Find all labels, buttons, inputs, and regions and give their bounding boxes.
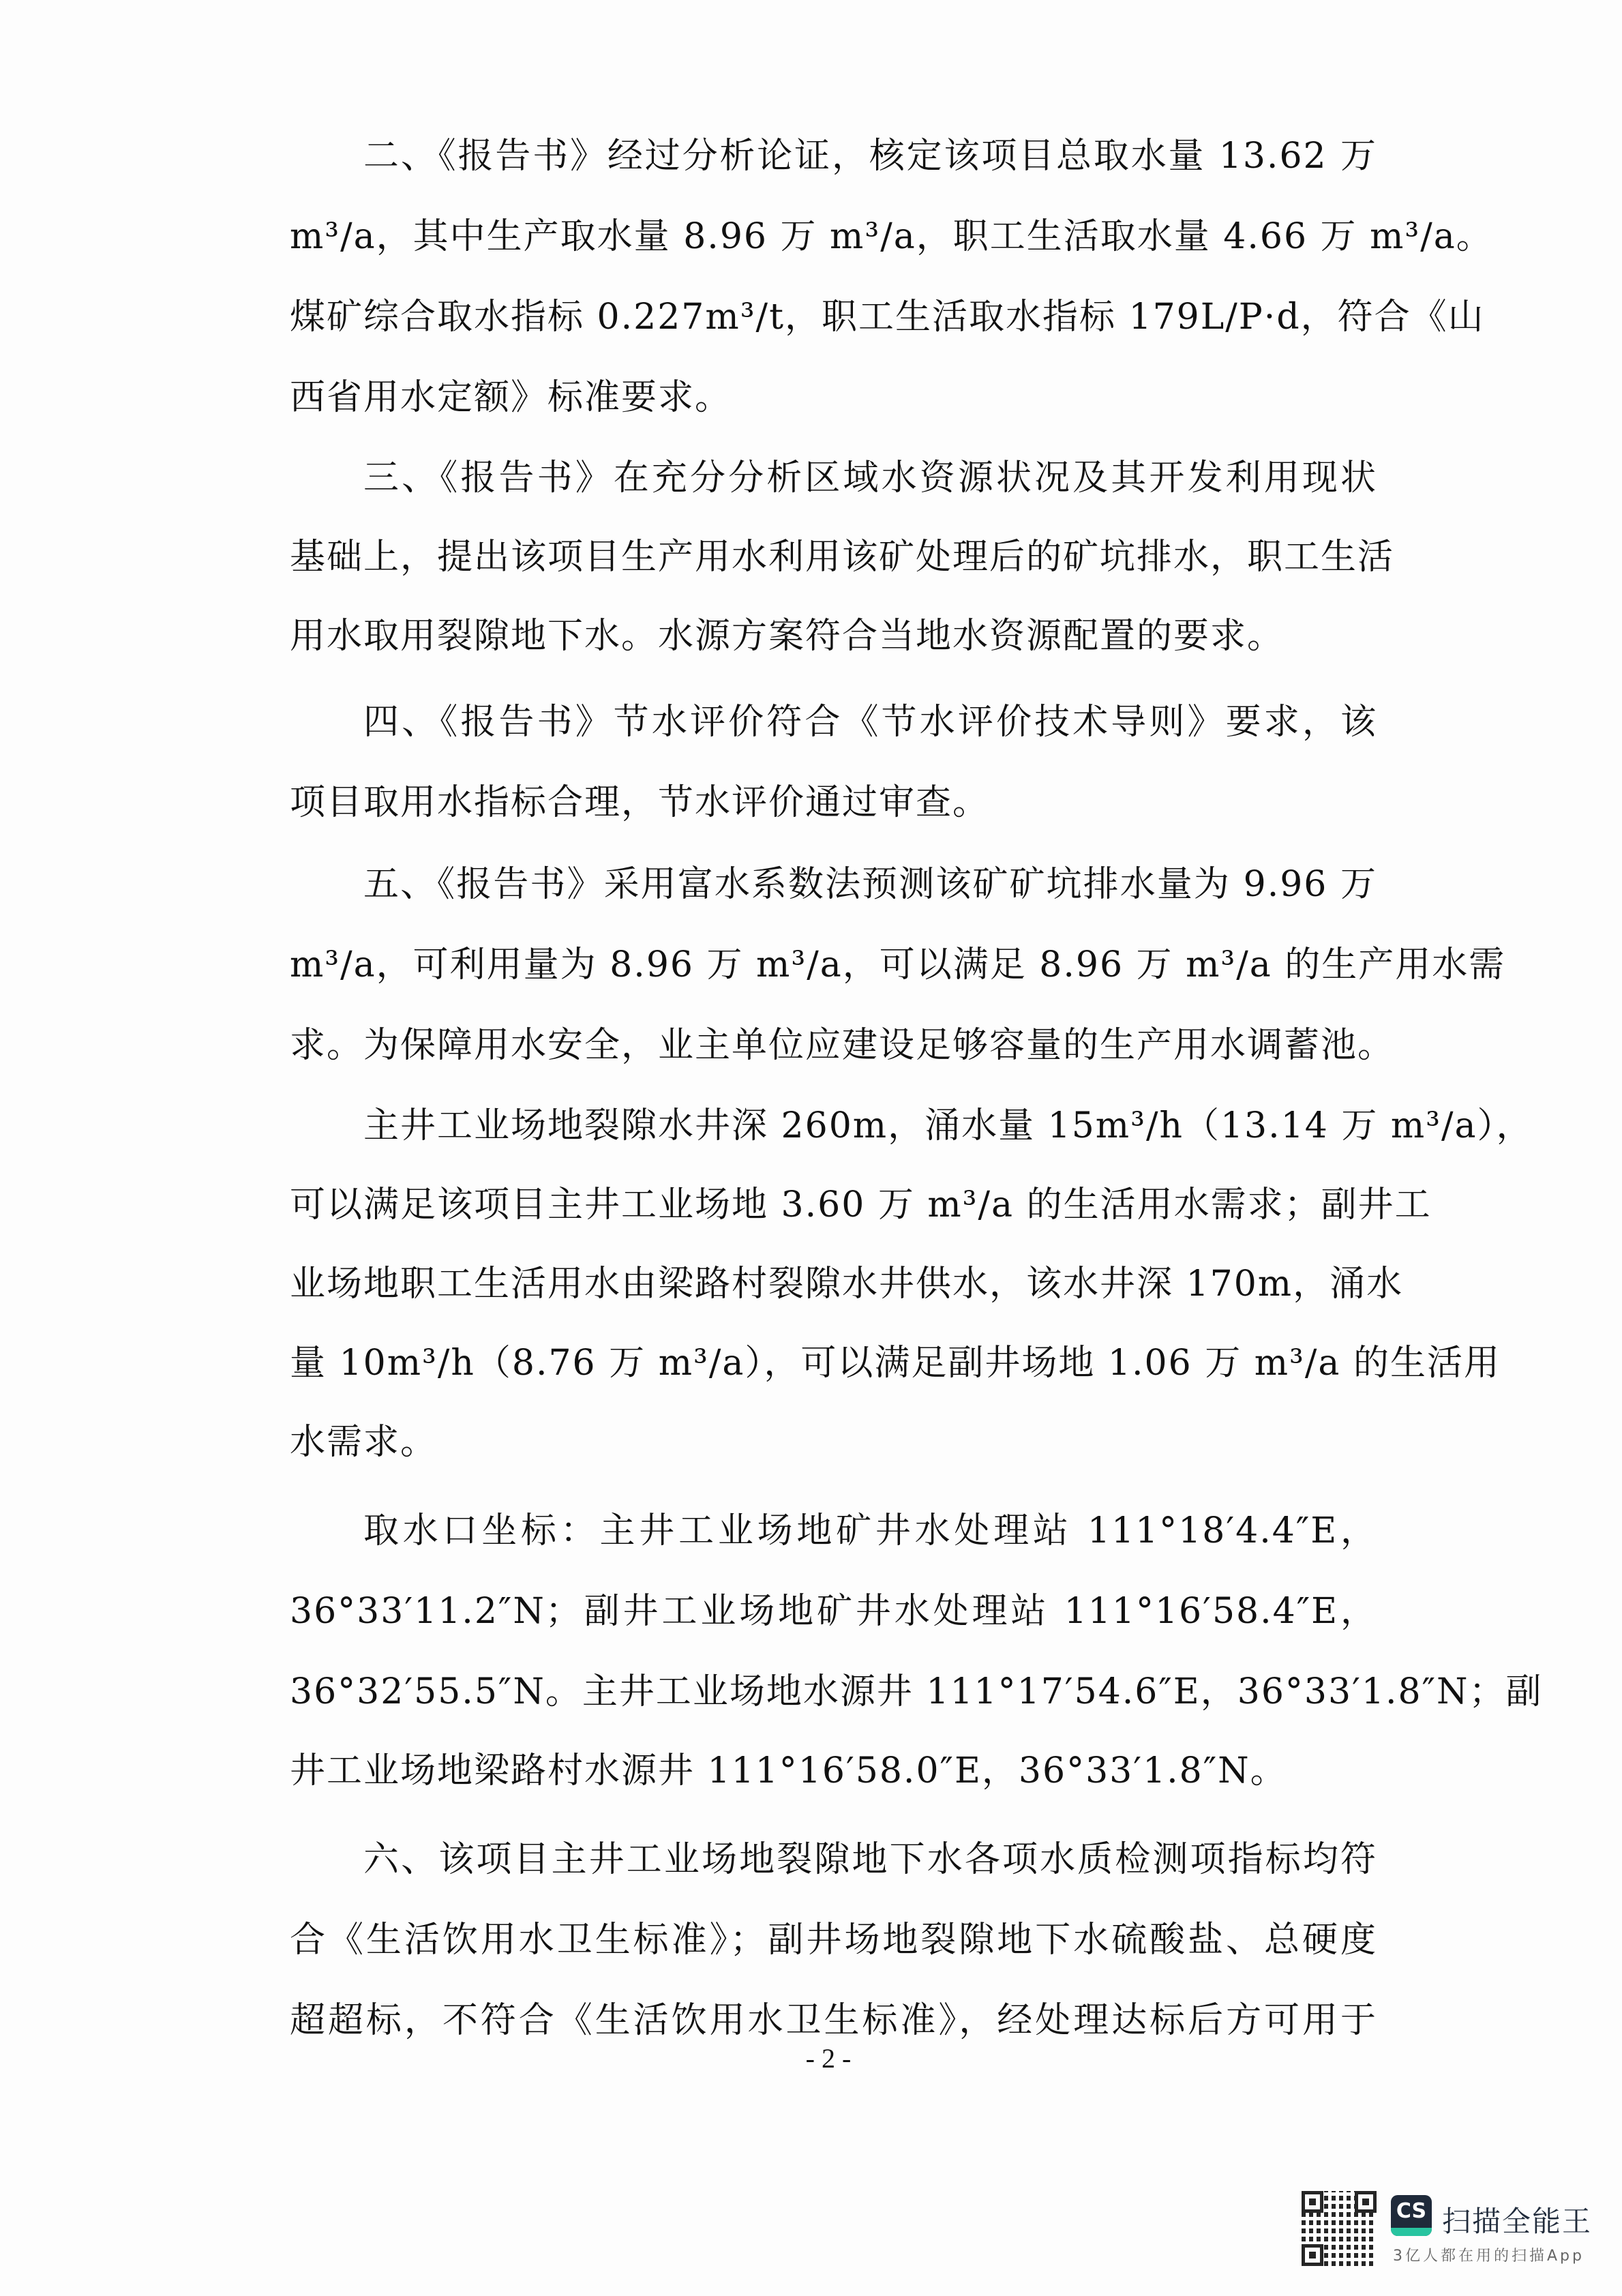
section-6-line-2: 合《生活饮用水卫生标准》；副井场地裂隙地下水硫酸盐、总硬度 <box>290 1900 1377 1980</box>
coordinates-line-2: 36°33′11.2″N；副井工业场地矿井水处理站 111°16′58.4″E， <box>290 1571 1377 1652</box>
camscanner-watermark: CS 扫描全能王 3亿人都在用的扫描App <box>1299 2186 1612 2267</box>
section-2-line-4: 西省用水定额》标准要求。 <box>290 357 732 438</box>
page-number: - 2 - <box>791 2042 866 2074</box>
wells-line-3: 业场地职工生活用水由梁路村裂隙水井供水，该水井深 170m，涌水 <box>290 1244 1377 1324</box>
app-slogan: 3亿人都在用的扫描App <box>1393 2244 1585 2265</box>
section-5-line-1: 五、《报告书》采用富水系数法预测该矿矿坑排水量为 9.96 万 <box>363 844 1377 925</box>
scanned-document-page: 二、《报告书》经过分析论证，核定该项目总取水量 13.62 万 m³/a，其中生… <box>0 0 1622 2296</box>
app-name: 扫描全能王 <box>1442 2199 1592 2240</box>
coordinates-line-1: 取水口坐标：主井工业场地矿井水处理站 111°18′4.4″E， <box>363 1491 1377 1571</box>
coordinates-line-4: 井工业场地梁路村水源井 111°16′58.0″E，36°33′1.8″N。 <box>290 1731 1287 1811</box>
section-3-line-3: 用水取用裂隙地下水。水源方案符合当地水资源配置的要求。 <box>290 596 1284 676</box>
wells-line-5: 水需求。 <box>290 1402 437 1482</box>
coordinates-line-3: 36°32′55.5″N。主井工业场地水源井 111°17′54.6″E，36°… <box>290 1652 1377 1732</box>
section-6-line-1: 六、该项目主井工业场地裂隙地下水各项水质检测项指标均符 <box>363 1819 1377 1900</box>
section-2-line-1: 二、《报告书》经过分析论证，核定该项目总取水量 13.62 万 <box>363 116 1377 196</box>
section-5-line-2: m³/a，可利用量为 8.96 万 m³/a，可以满足 8.96 万 m³/a … <box>290 925 1377 1005</box>
section-2-line-3: 煤矿综合取水指标 0.227m³/t，职工生活取水指标 179L/P·d，符合《… <box>290 277 1377 357</box>
section-2-line-2: m³/a，其中生产取水量 8.96 万 m³/a，职工生活取水量 4.66 万 … <box>290 196 1377 277</box>
wells-line-4: 量 10m³/h（8.76 万 m³/a），可以满足副井场地 1.06 万 m³… <box>290 1323 1377 1403</box>
section-4-line-1: 四、《报告书》节水评价符合《节水评价技术导则》要求，该 <box>363 682 1377 762</box>
section-3-line-1: 三、《报告书》在充分分析区域水资源状况及其开发利用现状 <box>363 438 1377 518</box>
wells-line-2: 可以满足该项目主井工业场地 3.60 万 m³/a 的生活用水需求；副井工 <box>290 1165 1377 1245</box>
camscanner-logo-icon: CS <box>1391 2195 1432 2236</box>
section-4-line-2: 项目取用水指标合理，节水评价通过审查。 <box>290 762 989 843</box>
section-3-line-2: 基础上，提出该项目生产用水利用该矿处理后的矿坑排水，职工生活 <box>290 517 1377 597</box>
qr-code-icon <box>1302 2191 1377 2266</box>
section-5-line-3: 求。为保障用水安全，业主单位应建设足够容量的生产用水调蓄池。 <box>290 1005 1394 1086</box>
wells-line-1: 主井工业场地裂隙水井深 260m，涌水量 15m³/h（13.14 万 m³/a… <box>363 1086 1377 1166</box>
